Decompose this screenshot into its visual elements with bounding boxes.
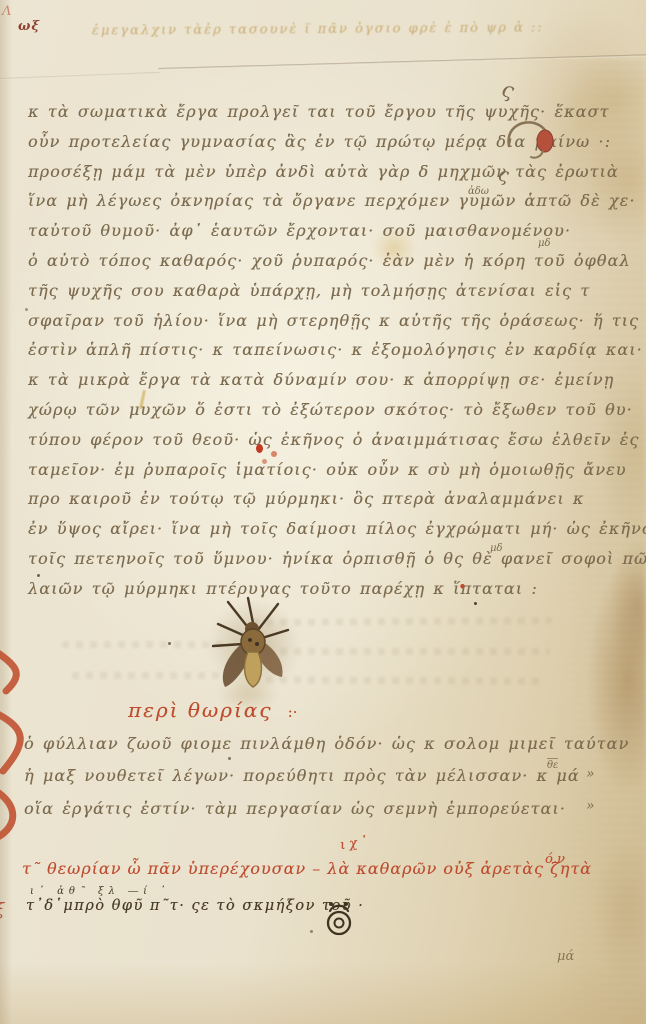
text-line: τύπου φέρον τοῦ θεοῦ· ὡς ἐκῆνος ὁ ἀναιμμ…	[28, 425, 550, 455]
flourish-mark: μδ	[538, 238, 551, 249]
text-line: προσέξῃ μάμ τὰ μὲν ὑπὲρ ἀνδὶ αὐτὰ γὰρ δ …	[28, 157, 550, 187]
text-line: κ τὰ μικρὰ ἔργα τὰ κατὰ δύναμίν σου· κ ἀ…	[28, 365, 550, 395]
colophon-top-marks: ι᾽ ἀθ῀ ξλ ―ί ᾽	[30, 886, 170, 897]
colophon-line: τ᾽δ῾μπρὸ θφῦ π῀τ· ςε τὸ σκμήξον τοῦ ·	[26, 898, 364, 914]
text-line: τῆς ψυχῆς σου καθαρὰ ὑπάρχῃ, μὴ τολμήσῃς…	[28, 276, 550, 306]
ornament-drawing	[320, 899, 358, 939]
corner-mark: Λ	[2, 4, 11, 19]
flourish-mark: μδ	[490, 543, 503, 554]
text-line: οἵα ἐργάτις ἐστίν· τὰμ περγασίαν ὡς σεμν…	[24, 793, 584, 825]
text-line: χώρῳ τῶν μυχῶν ὅ ἐστι τὸ ἐξώτερον σκότος…	[28, 395, 550, 425]
text-line: ὁ αὐτὸ τόπος καθαρός· χοῦ ῥυπαρός· ἐὰν μ…	[28, 246, 550, 276]
text-line: ἐν ὕψος αἴρει· ἵνα μὴ τοῖς δαίμοσι πίλος…	[28, 514, 550, 544]
crease-line-left	[0, 72, 160, 80]
margin-quote-mark: »	[586, 766, 595, 782]
annotation-tail: ό.ν	[545, 852, 565, 867]
text-line: τοῖς πετεηνοῖς τοῦ ὕμνου· ἡνίκα ὀρπισθῇ …	[28, 544, 550, 574]
bottom-edge-stain	[0, 929, 646, 1024]
text-line: ταὐτοῦ θυμοῦ· ἀφ᾽ ἑαυτῶν ἔρχονται· σοῦ μ…	[28, 216, 550, 246]
text-line: κ τὰ σωματικὰ ἔργα προλγεῖ ται τοῦ ἔργου…	[28, 97, 550, 127]
colophon-left-mark: ξ	[0, 900, 4, 920]
running-header: ἐμεγαλχιν τὰἐρ τασουνὲ ϊ πᾶν ὀγσιο φρὲ ἐ…	[92, 20, 544, 38]
left-edge-shadow	[0, 0, 12, 1024]
text-block-2: ὁ φύλλιαν ζωοῦ φιομε πινλάμθη ὁδόν· ὡς κ…	[24, 728, 584, 825]
chapter-heading-text: περὶ θωρίας	[128, 698, 273, 722]
manuscript-page: Λ ωξ ἐμεγαλχιν τὰἐρ τασουνὲ ϊ πᾶν ὀγσιο …	[0, 0, 646, 1024]
bee-drawing	[198, 594, 310, 696]
chapter-heading: περὶ θωρίας :·	[128, 698, 297, 722]
ink-speck	[37, 574, 40, 577]
text-line: προ καιροῦ ἐν τούτῳ τῷ μύρμηκι· ὃς πτερὰ…	[28, 484, 550, 514]
red-flourish: ιχ᾿	[339, 834, 372, 853]
text-line: οὖν προτελείας γυμνασίας ἃς ἐν τῷ πρώτῳ …	[28, 127, 550, 157]
heading-marks: :·	[288, 703, 298, 721]
bee-illustration	[198, 594, 310, 696]
quire-mark: ωξ	[18, 19, 40, 34]
text-line: ὁ φύλλιαν ζωοῦ φιομε πινλάμθη ὁδόν· ὡς κ…	[24, 728, 584, 760]
red-annotation: τ῀ θεωρίαν ὦ πᾶν ὑπερέχουσαν – λὰ καθαρῶ…	[22, 859, 592, 878]
text-block-1: κ τὰ σωματικὰ ἔργα προλγεῖ ται τοῦ ἔργου…	[28, 97, 550, 604]
text-line: σφαῖραν τοῦ ἡλίου· ἵνα μὴ στερηθῇς κ αὐτ…	[28, 306, 550, 336]
margin-quote-mark: »	[586, 798, 595, 814]
red-dot-cluster	[256, 442, 282, 468]
superscript-note: θε	[547, 758, 558, 771]
text-line: ἐστὶν ἁπλῆ πίστις· κ ταπείνωσις· κ ἐξομο…	[28, 335, 550, 365]
paragraph-end-dot: •	[458, 578, 467, 596]
coronis-mark	[505, 114, 559, 162]
text-line: ταμεῖον· ἐμ ῥυπαροῖς ἱματίοις· οὐκ οὖν κ…	[28, 455, 550, 485]
text-line: ἡ μαξ νουθετεῖ λέγων· πορεύθητι πρὸς τὰν…	[24, 760, 584, 792]
flourish-mark: ἀδω	[468, 186, 489, 197]
folio-number: μά	[557, 949, 574, 964]
